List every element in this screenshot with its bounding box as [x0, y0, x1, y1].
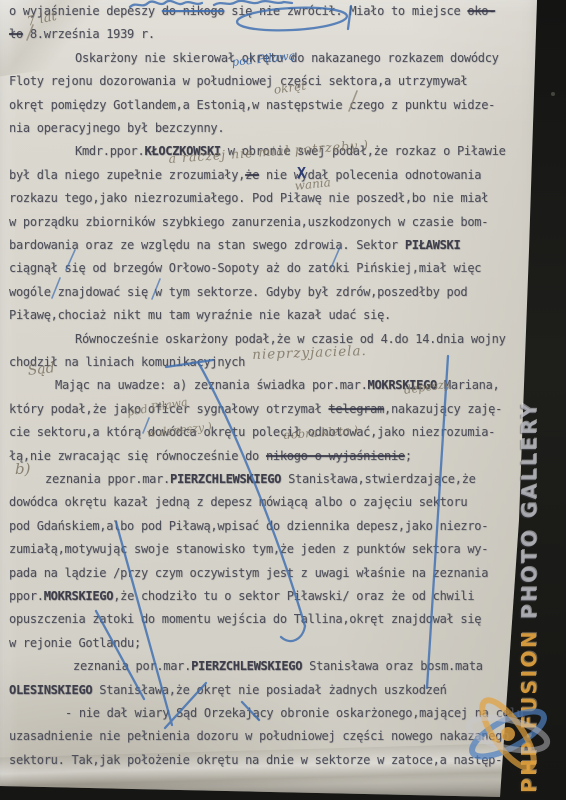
scanned-page: o wyjaśnienie depeszy do nikogo się nie …	[0, 0, 566, 800]
pencil-slash-marks	[27, 25, 357, 111]
stroke-hook	[281, 626, 305, 641]
blue-slash-marks	[52, 247, 340, 433]
diagonal-stroke	[165, 683, 206, 728]
handwritten-strokes	[0, 0, 566, 800]
phpfusion-atom-logo-icon	[462, 688, 554, 780]
insertion-tick	[348, 6, 351, 29]
illegible-scrawl	[130, 1, 202, 7]
illegible-scrawl	[214, 1, 292, 5]
long-diagonal-stroke	[116, 522, 172, 725]
diagonal-stroke	[96, 611, 144, 699]
watermark-gallery: PHOTO GALLERY	[517, 401, 541, 619]
margin-annotation: Sąd	[27, 360, 55, 379]
crossout-bar	[166, 360, 213, 367]
list-marker-annotation: b)	[15, 460, 30, 478]
short-stroke	[242, 702, 259, 720]
circled-words	[236, 5, 347, 33]
blue-pen-strokes	[96, 1, 448, 728]
long-diagonal-stroke	[198, 362, 305, 626]
long-vertical-stroke	[427, 356, 448, 688]
